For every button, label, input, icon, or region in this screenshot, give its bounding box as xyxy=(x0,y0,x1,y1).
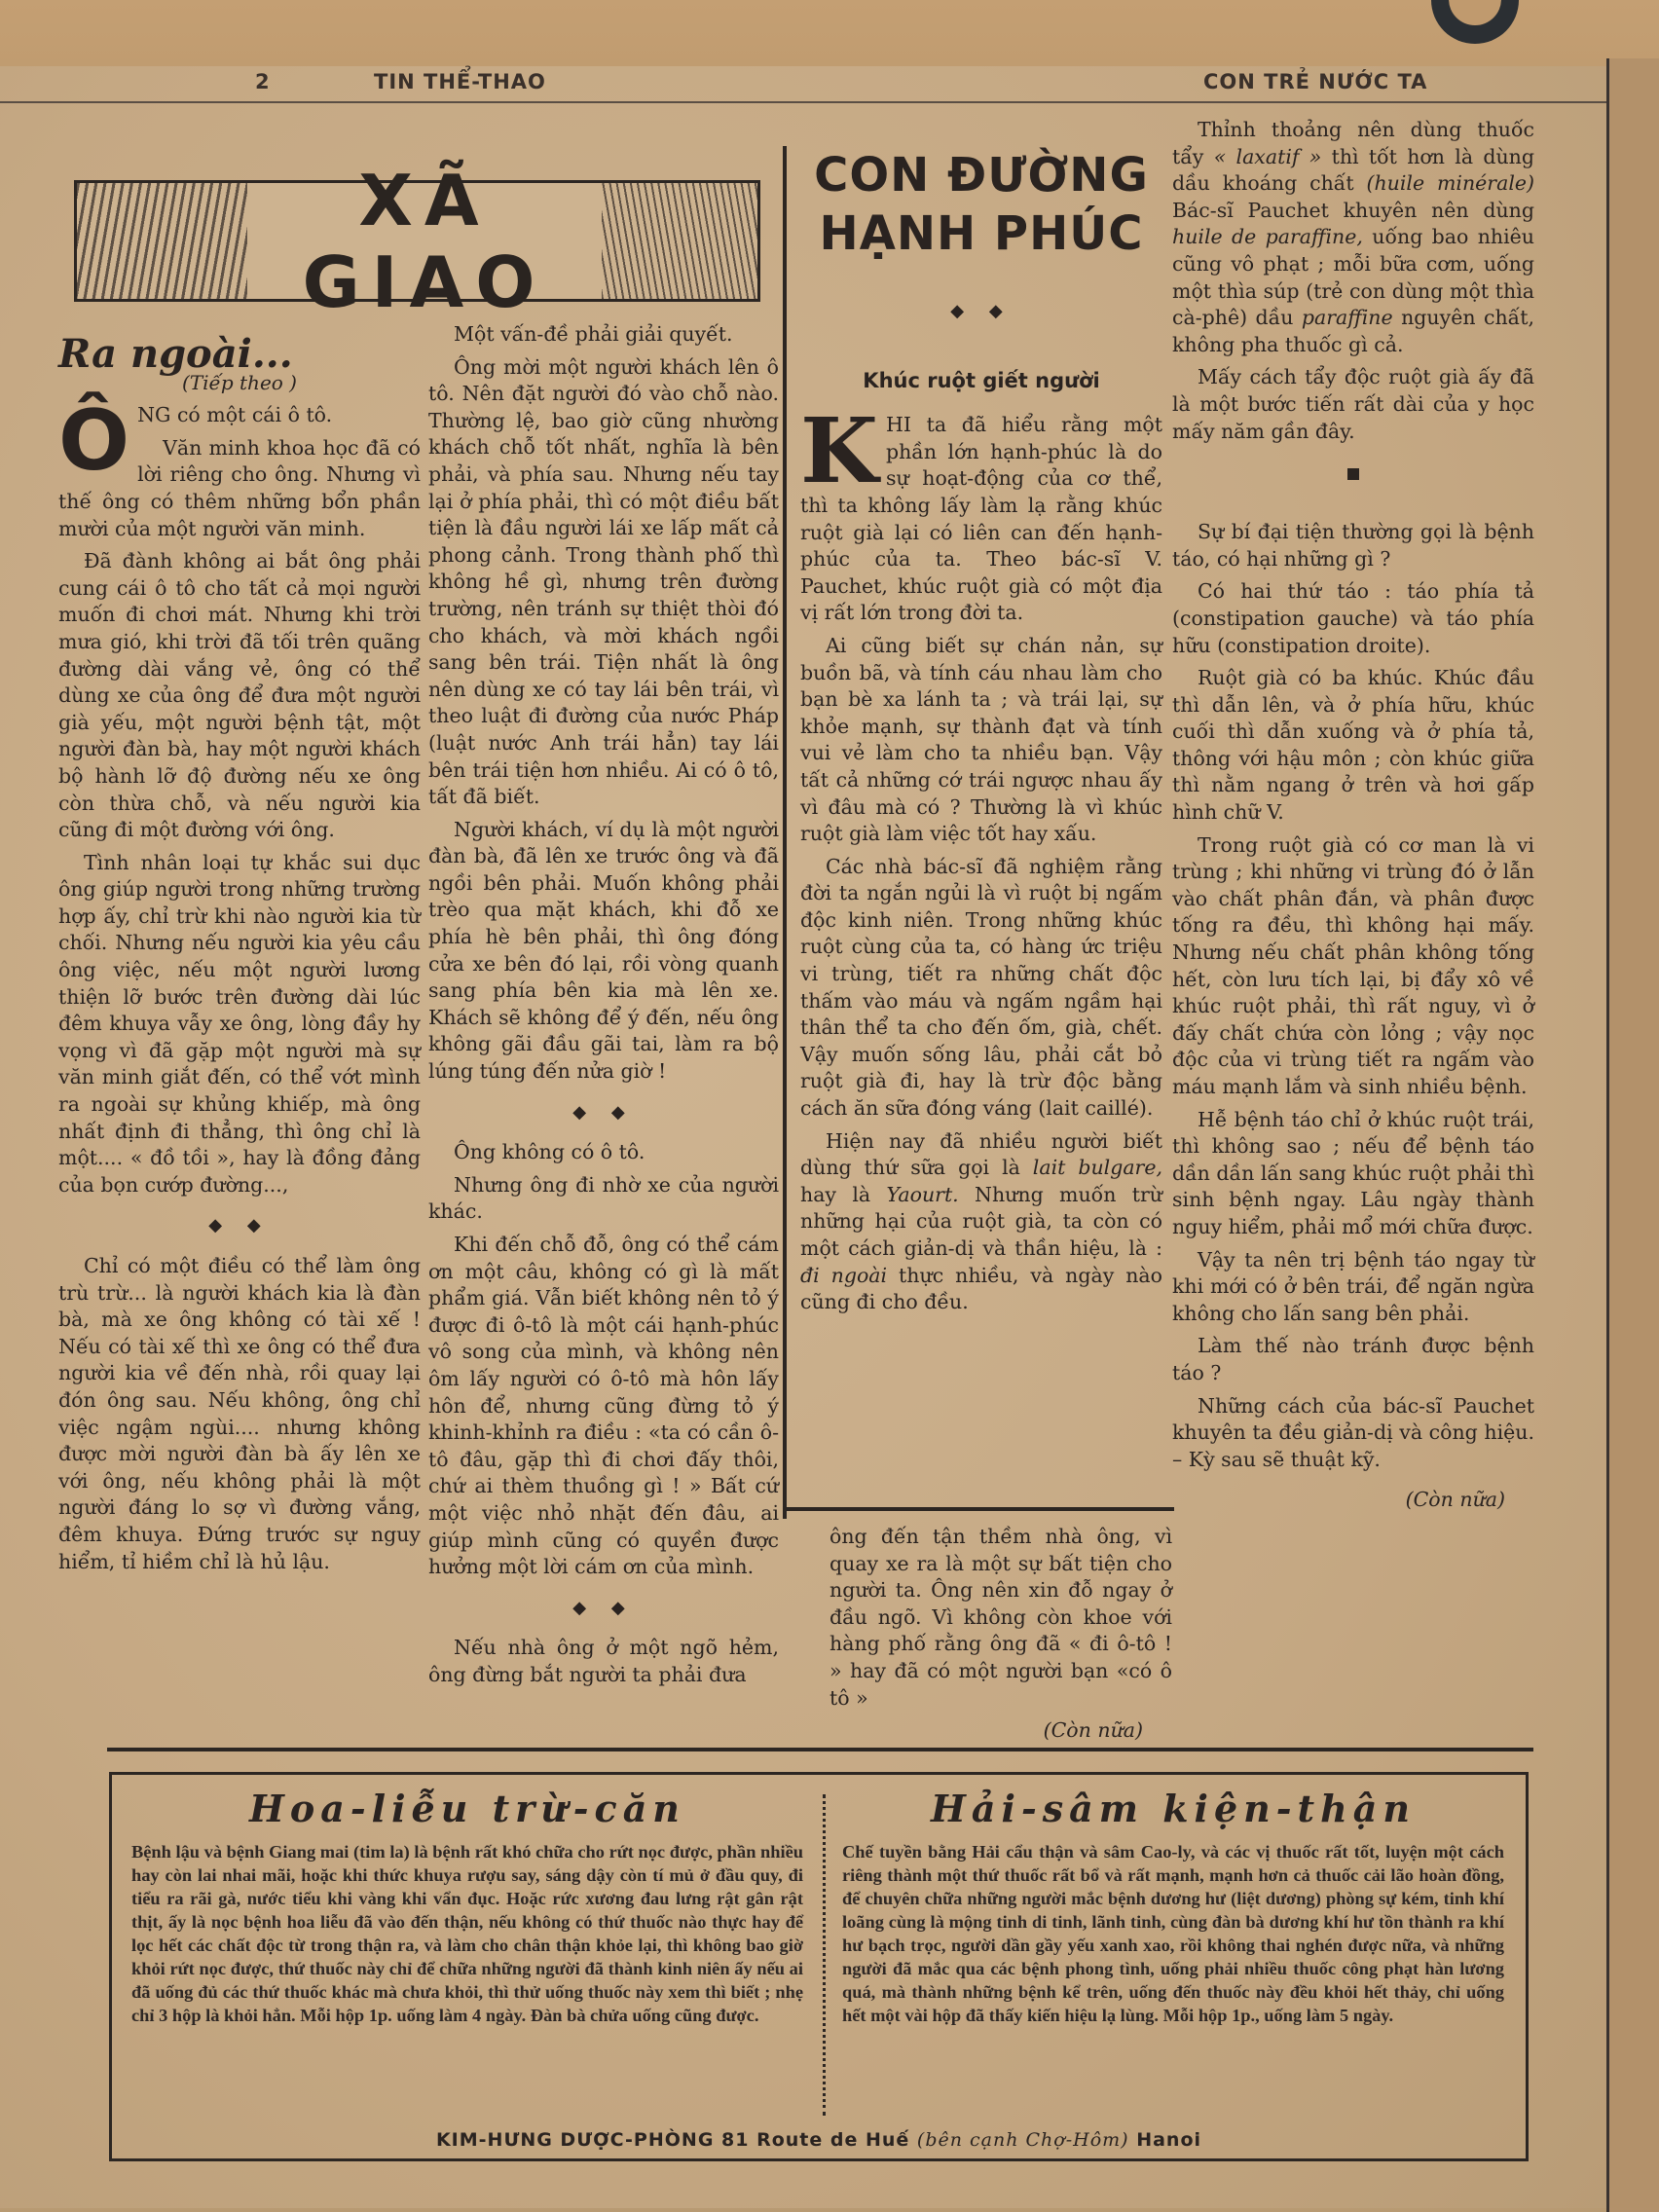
section-heading: Khúc ruột giết người xyxy=(800,368,1162,395)
text: hay là xyxy=(800,1183,886,1206)
ad-divider xyxy=(823,1794,826,2116)
location-note: (bên cạnh Chợ-Hôm) xyxy=(917,2129,1129,2151)
paragraph: Thỉnh thoảng nên dùng thuốc tẩy « laxati… xyxy=(1172,117,1534,358)
paragraph: Khi đến chỗ đỗ, ông có thể cám ơn một câ… xyxy=(428,1232,779,1581)
paragraph: Hễ bệnh táo chỉ ở khúc ruột trái, thì kh… xyxy=(1172,1107,1534,1241)
column-1: Ra ngoài... (Tiếp theo ) Ô NG có một cái… xyxy=(58,341,421,1581)
column-4: Thỉnh thoảng nên dùng thuốc tẩy « laxati… xyxy=(1172,117,1534,1514)
pharmacy-address: KIM-HƯNG DƯỢC-PHÒNG 81 Route de Huế xyxy=(436,2129,909,2151)
ad-right: Hải-sâm kiện-thận Chế tuyền bằng Hải cẩu… xyxy=(842,1775,1504,2116)
banner-title: XÃ GIAO xyxy=(247,160,602,323)
ornament: ◆ ◆ xyxy=(428,1099,779,1126)
ad-footer: KIM-HƯNG DƯỢC-PHÒNG 81 Route de Huế (bên… xyxy=(112,2129,1526,2151)
city: Hanoi xyxy=(1136,2129,1201,2151)
ad-title: Hoa-liễu trừ-căn xyxy=(131,1787,803,1830)
paragraph: Có hai thứ táo : táo phía tả (constipati… xyxy=(1172,578,1534,659)
ad-body: Bệnh lậu và bệnh Giang mai (tim la) là b… xyxy=(131,1840,803,2027)
paragraph: Ông mời một người khách lên ô tô. Nên đặ… xyxy=(428,354,779,811)
paragraph: Làm thế nào tránh được bệnh táo ? xyxy=(1172,1333,1534,1386)
paragraph: Đã đành không ai bắt ông phải cung cái ô… xyxy=(58,548,421,844)
paragraph: Ruột già có ba khúc. Khúc đầu thì dẫn lê… xyxy=(1172,665,1534,827)
paragraph: Hiện nay đã nhiều người biết dùng thứ sữ… xyxy=(800,1128,1162,1316)
paragraph: Vậy ta nên trị bệnh táo ngay từ khi mới … xyxy=(1172,1247,1534,1328)
page-edge xyxy=(1606,58,1659,2212)
section-label: TIN THỂ-THAO xyxy=(374,70,546,93)
text: Bác-sĩ Pauchet khuyên nên dùng xyxy=(1172,199,1534,222)
italic-term: Yaourt. xyxy=(886,1183,958,1206)
pharmacy-advertisement: Hoa-liễu trừ-căn Bệnh lậu và bệnh Giang … xyxy=(109,1772,1529,2161)
italic-term: huile de paraffine, xyxy=(1172,225,1363,248)
article-heading: Ra ngoài... xyxy=(58,341,421,368)
ornament: ◆ ◆ xyxy=(58,1212,421,1239)
section-bullet xyxy=(1347,468,1359,480)
column-2: Một vấn-đề phải giải quyết. Ông mời một … xyxy=(428,321,779,1695)
ad-body: Chế tuyền bằng Hải cẩu thận và sâm Cao-l… xyxy=(842,1840,1504,2027)
series-title-line2: HẠNH PHÚC xyxy=(800,204,1162,263)
italic-term: lait bulgare, xyxy=(1033,1156,1162,1179)
ad-top-rule xyxy=(107,1748,1533,1751)
italic-term: « laxatif » xyxy=(1214,145,1322,168)
paragraph: ông đến tận thềm nhà ông, vì quay xe ra … xyxy=(829,1524,1172,1712)
xa-giao-continuation: ông đến tận thềm nhà ông, vì quay xe ra … xyxy=(829,1524,1172,1745)
paragraph: Mấy cách tẩy độc ruột già ấy đã là một b… xyxy=(1172,364,1534,445)
italic-term: đi ngoài xyxy=(800,1264,887,1287)
italic-term: paraffine xyxy=(1302,306,1393,329)
paragraph: Tình nhân loại tự khắc sui dục ông giúp … xyxy=(58,850,421,1199)
paragraph: Những cách của bác-sĩ Pauchet khuyên ta … xyxy=(1172,1393,1534,1474)
publication-title: CON TRẺ NƯỚC TA xyxy=(1203,70,1427,93)
ornament: ◆ ◆ xyxy=(428,1595,779,1622)
drop-cap: K xyxy=(800,416,878,486)
paragraph: Trong ruột già có cơ man là vi trùng ; k… xyxy=(1172,832,1534,1101)
series-title-line1: CON ĐƯỜNG xyxy=(800,146,1162,204)
box-rule xyxy=(785,1507,1174,1511)
italic-term: (huile minérale) xyxy=(1366,171,1534,195)
ad-left: Hoa-liễu trừ-căn Bệnh lậu và bệnh Giang … xyxy=(131,1775,803,2116)
paragraph: Các nhà bác-sĩ đã nghiệm rằng đời ta ngắ… xyxy=(800,854,1162,1123)
to-be-continued: (Còn nữa) xyxy=(829,1717,1172,1745)
paragraph: Nhưng ông đi nhờ xe của người khác. xyxy=(428,1172,779,1226)
paragraph: Chỉ có một điều có thể làm ông trù trừ..… xyxy=(58,1253,421,1575)
drop-cap: Ô xyxy=(58,406,129,476)
page-number: 2 xyxy=(255,70,271,93)
to-be-continued: (Còn nữa) xyxy=(1172,1487,1534,1514)
paragraph: Ai cũng biết sự chán nản, sự buồn bã, và… xyxy=(800,633,1162,848)
xa-giao-banner: XÃ GIAO xyxy=(74,180,760,302)
paragraph: Ông không có ô tô. xyxy=(428,1139,779,1166)
illustration-left xyxy=(77,183,247,299)
paragraph: Sự bí đại tiện thường gọi là bệnh táo, c… xyxy=(1172,519,1534,572)
paragraph: Nếu nhà ông ở một ngõ hẻm, ông đừng bắt … xyxy=(428,1635,779,1688)
paragraph: Người khách, ví dụ là một người đàn bà, … xyxy=(428,817,779,1086)
column-divider xyxy=(783,146,787,1519)
header-rule xyxy=(0,101,1606,103)
column-3: CON ĐƯỜNG HẠNH PHÚC ◆ ◆ Khúc ruột giết n… xyxy=(800,146,1162,1322)
ad-title: Hải-sâm kiện-thận xyxy=(842,1787,1504,1830)
illustration-right xyxy=(602,183,757,299)
ornament: ◆ ◆ xyxy=(800,298,1162,325)
paragraph: Một vấn-đề phải giải quyết. xyxy=(428,321,779,349)
